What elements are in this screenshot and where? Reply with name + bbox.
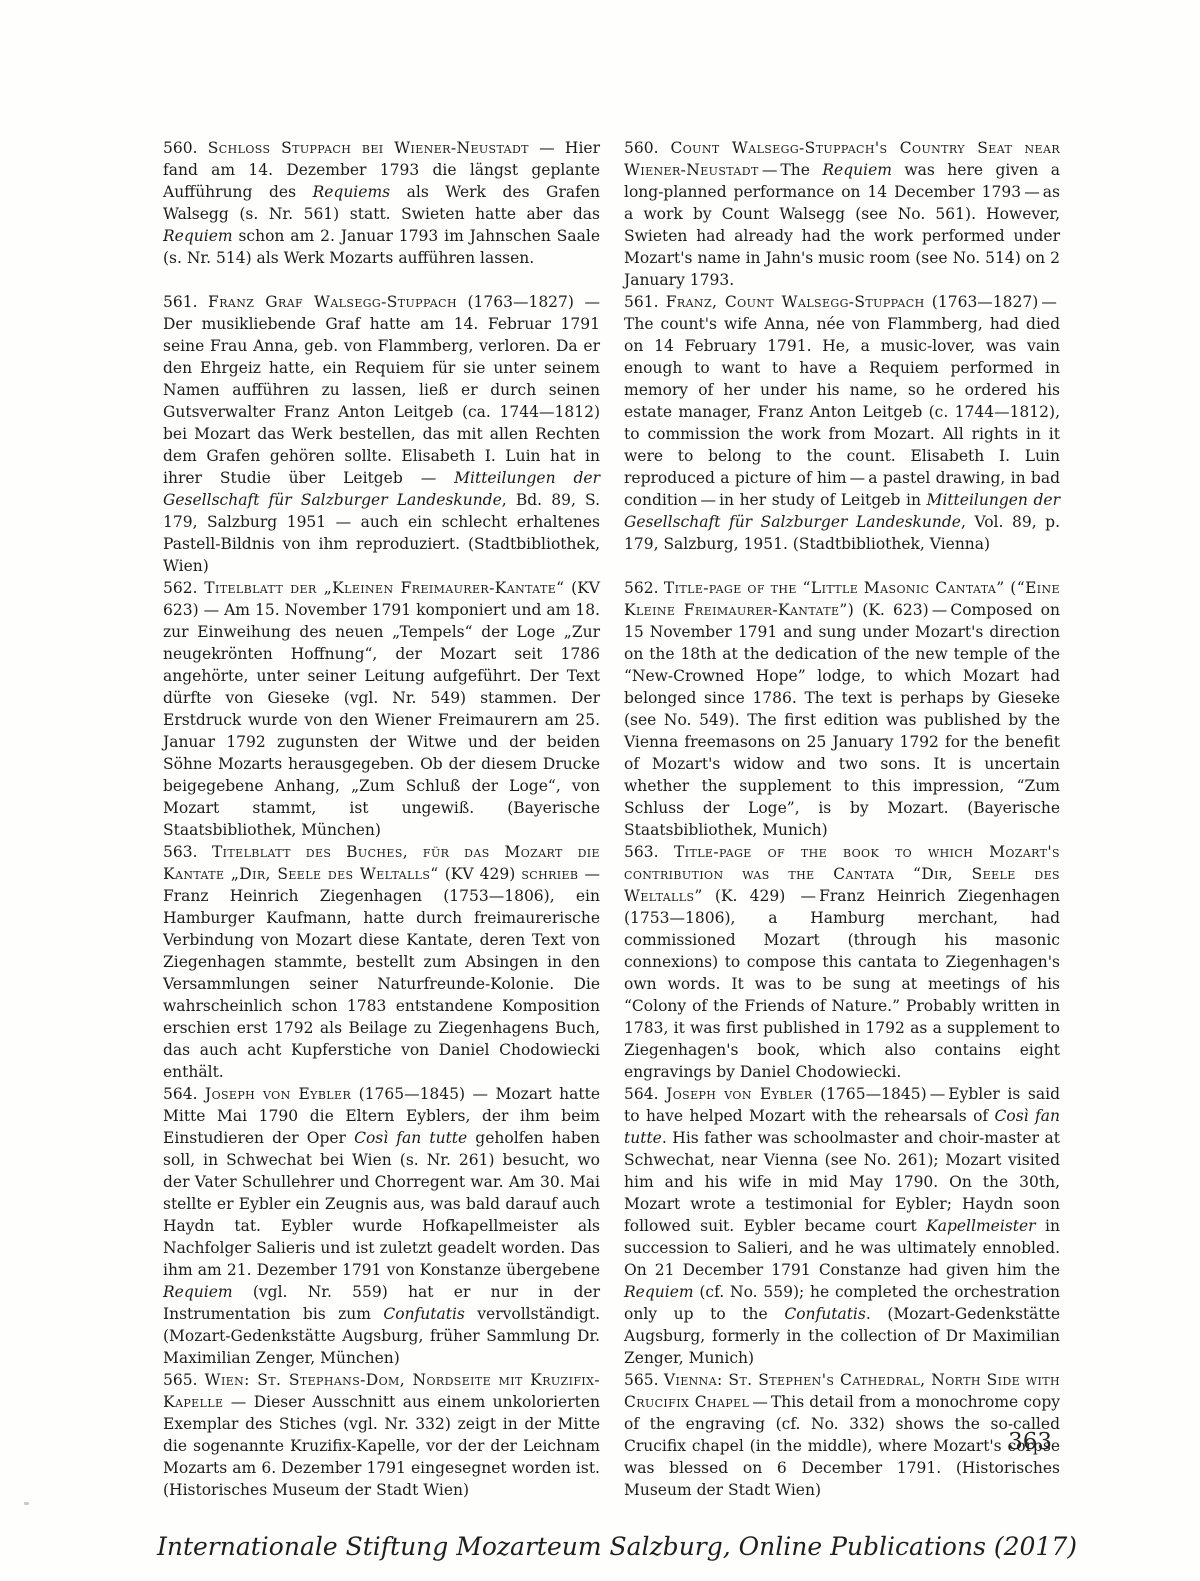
book-page: 560. Schloss Stuppach bei Wiener-Neustad… bbox=[0, 0, 1200, 1581]
entry-561-german: 561. Franz Graf Walsegg-Stuppach (1763—1… bbox=[163, 291, 600, 577]
entry-564-german: 564. Joseph von Eybler (1765—1845) — Moz… bbox=[163, 1083, 600, 1369]
text-segment-plain: 563. bbox=[624, 843, 674, 861]
text-segment-plain: (KV 429) bbox=[439, 865, 522, 883]
page-number: 363 bbox=[1008, 1429, 1052, 1455]
text-segment-italic: Requiem bbox=[822, 161, 892, 179]
text-segment-smallcaps: Franz Graf Walsegg-Stuppach bbox=[208, 293, 457, 311]
entry-564-english: 564. Joseph von Eybler (1765—1845) — Eyb… bbox=[624, 1083, 1060, 1369]
text-segment-italic: Requiem bbox=[624, 1283, 694, 1301]
text-segment-plain: — The bbox=[759, 161, 823, 179]
text-segment-italic: Confutatis bbox=[383, 1305, 465, 1323]
entry-563-english: 563. Title-page of the book to which Moz… bbox=[624, 841, 1060, 1083]
text-segment-plain: (K. 429) — Franz Heinrich Ziegenhagen (1… bbox=[624, 887, 1060, 1081]
catalog-entries: 560. Schloss Stuppach bei Wiener-Neustad… bbox=[163, 137, 1060, 1501]
text-segment-plain: 564. bbox=[163, 1085, 205, 1103]
text-segment-plain: was here given a long-planned performanc… bbox=[624, 161, 1060, 289]
entry-560-german: 560. Schloss Stuppach bei Wiener-Neustad… bbox=[163, 137, 600, 269]
text-segment-plain: 562. bbox=[163, 579, 204, 597]
entry-561-english: 561. Franz, Count Walsegg-Stuppach (1763… bbox=[624, 291, 1060, 555]
text-segment-smallcaps: schrieb bbox=[521, 865, 578, 883]
text-segment-plain: geholfen haben soll, in Schwechat bei Wi… bbox=[163, 1129, 600, 1279]
text-segment-smallcaps: Titelblatt der „Kleinen Freimaurer-Kanta… bbox=[204, 579, 564, 597]
text-segment-plain: 560. bbox=[163, 139, 208, 157]
text-segment-italic: Così fan tutte bbox=[354, 1129, 467, 1147]
text-segment-plain: 561. bbox=[163, 293, 208, 311]
text-segment-plain: 564. bbox=[624, 1085, 666, 1103]
text-segment-plain: (1763—1827) — Der musikliebende Graf hat… bbox=[163, 293, 600, 487]
entry-565-german: 565. Wien: St. Stephans-Dom, Nordseite m… bbox=[163, 1369, 600, 1501]
text-segment-smallcaps: Franz, Count Walsegg-Stuppach bbox=[666, 293, 925, 311]
text-segment-plain: — Dieser Ausschnitt aus einem unkolorier… bbox=[163, 1393, 600, 1499]
text-segment-plain: 563. bbox=[163, 843, 212, 861]
text-segment-smallcaps: Joseph von Eybler bbox=[205, 1085, 351, 1103]
entry-565-english: 565. Vienna: St. Stephen's Cathedral, No… bbox=[624, 1369, 1060, 1501]
entry-563-german: 563. Titelblatt des Buches, für das Moza… bbox=[163, 841, 600, 1083]
text-segment-italic: Requiem bbox=[163, 227, 233, 245]
entry-560-english: 560. Count Walsegg-Stuppach's Country Se… bbox=[624, 137, 1060, 291]
text-segment-italic: Kapellmeister bbox=[926, 1217, 1035, 1235]
text-segment-plain: 560. bbox=[624, 139, 670, 157]
text-segment-italic: Requiems bbox=[313, 183, 391, 201]
text-segment-smallcaps: Schloss Stuppach bei Wiener-Neustadt bbox=[208, 139, 529, 157]
text-segment-plain: 562. bbox=[624, 579, 664, 597]
text-segment-italic: Requiem bbox=[163, 1283, 233, 1301]
scan-artifact bbox=[24, 1502, 29, 1505]
text-segment-plain: (K. 623) — Composed on 15 November 1791 … bbox=[624, 601, 1060, 839]
text-segment-plain: 565. bbox=[624, 1371, 664, 1389]
text-segment-plain: 561. bbox=[624, 293, 666, 311]
text-segment-plain: (1763—1827) — The count's wife Anna, née… bbox=[624, 293, 1060, 509]
text-segment-smallcaps: Joseph von Eybler bbox=[666, 1085, 812, 1103]
footer-attribution: Internationale Stiftung Mozarteum Salzbu… bbox=[157, 1532, 1077, 1562]
entry-562-english: 562. Title-page of the “Little Masonic C… bbox=[624, 577, 1060, 841]
text-segment-plain: — Franz Heinrich Ziegenhagen (1753—1806)… bbox=[163, 865, 600, 1081]
text-segment-italic: Confutatis bbox=[784, 1305, 866, 1323]
text-segment-plain: (KV 623) — Am 15. November 1791 komponie… bbox=[163, 579, 600, 839]
text-segment-plain: 565. bbox=[163, 1371, 205, 1389]
entry-562-german: 562. Titelblatt der „Kleinen Freimaurer-… bbox=[163, 577, 600, 841]
